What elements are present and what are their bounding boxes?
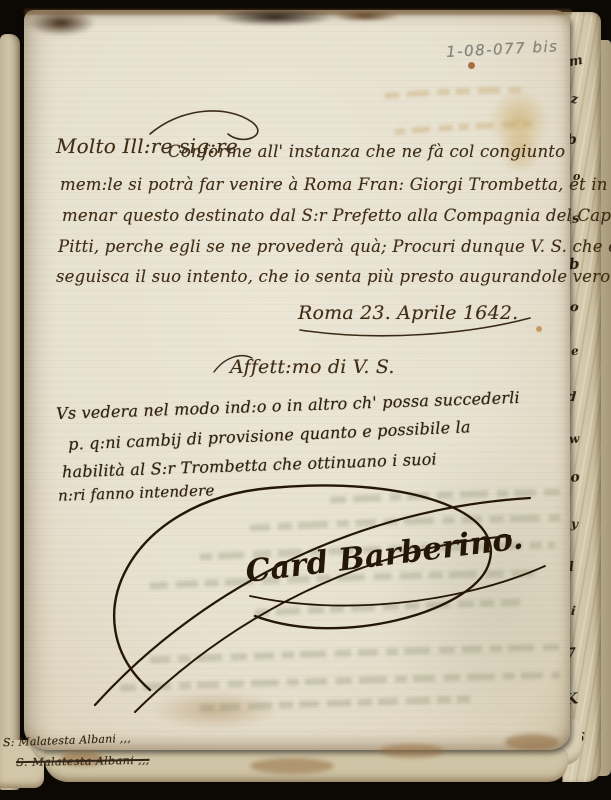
body-line-4: Pitti, perche egli se ne provederà quà; … [58,237,611,256]
ink-fragment: y [570,517,578,532]
previous-page-edge [0,34,20,790]
body-line-5: seguisca il suo intento, che io senta pi… [56,267,611,286]
closing: Affett:mo di V. S. [230,356,395,378]
body-line-3: menar questo destinato dal S:r Prefetto … [62,206,611,225]
body-line-1: Conforme all' instanza che ne fà col con… [168,142,565,161]
ink-fragment: i [570,604,576,618]
ink-fragment: e [570,344,579,359]
manuscript-scan: m z b o is b lo e d w lo y l i 7 K 16 [0,0,611,800]
ink-fragment: w [568,432,580,447]
manuscript-page [24,10,570,750]
body-line-2: mem:le si potrà far venire à Roma Fran: … [60,175,611,194]
ink-fragment: m [568,53,584,70]
docket-note-struck: S: Malatesta Albani ,,, [16,753,150,769]
ink-fragment: z [570,92,578,107]
dateline: Roma 23. Aprile 1642. [298,302,518,324]
